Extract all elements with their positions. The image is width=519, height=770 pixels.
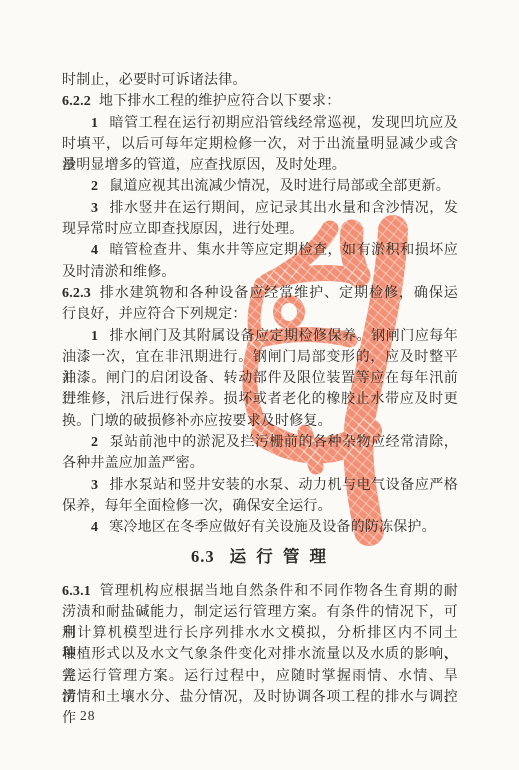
line-text: 保养，每年全面检修一次，确保安全运行。 <box>62 499 332 514</box>
plain-line: 时制止，必要时可诉诸法律。 <box>62 70 458 91</box>
clause-number: 6.3 <box>191 547 215 566</box>
clause-number: 6.2.2 <box>62 94 91 109</box>
line-text: 寒冷地区在冬季应做好有关设施及设备的防冻保护。 <box>109 520 436 535</box>
plain-line: 换。门墩的破损修补亦应按要求及时修复。 <box>62 411 458 432</box>
document-page: 时制止，必要时可诉诸法律。6.2.2地下排水工程的维护应符合以下要求：1暗管工程… <box>0 0 519 770</box>
line-text: 及时清淤和维修。 <box>62 265 176 280</box>
plain-line: 涝情和土壤水分、盐分情况，及时协调各项工程的排水与调控作 <box>62 687 458 708</box>
clause-number: 3 <box>91 201 98 216</box>
line-text: 管理机构应根据当地自然条件和不同作物各生育期的耐 <box>99 584 458 599</box>
item-line: 2泵站前池中的淤泥及拦污栅前的各种杂物应经常清除， <box>62 432 458 453</box>
line-text: 运 行 管 理 <box>230 547 329 566</box>
line-text: 排水建筑物和各种设备应经常维护、定期检修，确保运 <box>99 286 458 301</box>
clause-line: 6.2.3排水建筑物和各种设备应经常维护、定期检修，确保运 <box>62 283 458 304</box>
line-text: 时制止，必要时可诉诸法律。 <box>62 73 247 88</box>
plain-line: 保养，每年全面检修一次，确保安全运行。 <box>62 496 458 517</box>
line-text: 地下排水工程的维护应符合以下要求： <box>99 94 340 109</box>
plain-line: 量明显增多的管道，应查找原因，及时处理。 <box>62 155 458 176</box>
clause-number: 4 <box>91 520 98 535</box>
item-line: 1暗管工程在运行初期应沿管线经常巡视，发现凹坑应及 <box>62 113 458 134</box>
plain-line: 现异常时应立即查找原因，进行处理。 <box>62 219 458 240</box>
item-line: 3排水泵站和竖井安装的水泵、动力机与电气设备应严格 <box>62 475 458 496</box>
section-heading: 6.3运 行 管 理 <box>62 544 458 570</box>
item-line: 4暗管检查井、集水井等应定期检查，如有淤积和损坏应 <box>62 240 458 261</box>
clause-line: 6.2.2地下排水工程的维护应符合以下要求： <box>62 91 458 112</box>
plain-line: 行良好，并应符合下列规定： <box>62 304 458 325</box>
line-text: 行良好，并应符合下列规定： <box>62 307 247 322</box>
clause-number: 1 <box>91 116 98 131</box>
clause-number: 2 <box>91 435 98 450</box>
clause-number: 3 <box>91 478 98 493</box>
plain-line: 油漆。闸门的启闭设备、转动部件及限位装置等应在每年汛前进 <box>62 368 458 389</box>
line-text: 各种井盖应加盖严密。 <box>62 456 204 471</box>
clause-number: 6.2.3 <box>62 286 91 301</box>
plain-line: 涝渍和耐盐碱能力，制定运行管理方案。有条件的情况下，可利 <box>62 602 458 623</box>
line-text: 暗管检查井、集水井等应定期检查，如有淤积和损坏应 <box>109 243 458 258</box>
line-text: 换。门墩的破损修补亦应按要求及时修复。 <box>62 414 332 429</box>
line-text: 暗管工程在运行初期应沿管线经常巡视，发现凹坑应及 <box>109 116 458 131</box>
clause-number: 6.3.1 <box>62 584 91 599</box>
line-text: 鼠道应视其出流减少情况，及时进行局部或全部更新。 <box>109 179 450 194</box>
plain-line: 时填平，以后可每年定期检修一次，对于出流量明显减少或含沙 <box>62 134 458 155</box>
clause-number: 1 <box>91 329 98 344</box>
line-text: 现异常时应立即查找原因，进行处理。 <box>62 222 303 237</box>
line-text: 排水闸门及其附属设备应定期检修保养。钢闸门应每年 <box>109 329 458 344</box>
line-text: 排水泵站和竖井安装的水泵、动力机与电气设备应严格 <box>109 478 458 493</box>
plain-line: 油漆一次，宜在非汛期进行。钢闸门局部变形的，应及时整平并 <box>62 347 458 368</box>
plain-line: 善运行管理方案。运行过程中，应随时掌握雨情、水情、旱情、 <box>62 666 458 687</box>
line-text: 量明显增多的管道，应查找原因，及时处理。 <box>62 158 346 173</box>
plain-line: 行维修，汛后进行保养。损坏或者老化的橡胶止水带应及时更 <box>62 389 458 410</box>
plain-line: 各种井盖应加盖严密。 <box>62 453 458 474</box>
plain-line: 种植形式以及水文气象条件变化对排水流量以及水质的影响，完 <box>62 644 458 665</box>
clause-line: 6.3.1管理机构应根据当地自然条件和不同作物各生育期的耐 <box>62 581 458 602</box>
item-line: 2鼠道应视其出流减少情况，及时进行局部或全部更新。 <box>62 176 458 197</box>
line-text: 涝情和土壤水分、盐分情况，及时协调各项工程的排水与调控作 <box>62 690 458 726</box>
line-text: 行维修，汛后进行保养。损坏或者老化的橡胶止水带应及时更 <box>62 392 458 407</box>
clause-number: 4 <box>91 243 98 258</box>
item-line: 1排水闸门及其附属设备应定期检修保养。钢闸门应每年 <box>62 326 458 347</box>
plain-line: 及时清淤和维修。 <box>62 262 458 283</box>
line-text: 排水竖井在运行期间，应记录其出水量和含沙情况，发 <box>109 201 458 216</box>
plain-line: 用计算机模型进行长序列排水水文模拟，分析排区内不同土壤、 <box>62 623 458 644</box>
item-line: 4寒冷地区在冬季应做好有关设施及设备的防冻保护。 <box>62 517 458 538</box>
clause-number: 2 <box>91 179 98 194</box>
line-text: 泵站前池中的淤泥及拦污栅前的各种杂物应经常清除， <box>109 435 458 450</box>
text-block: 时制止，必要时可诉诸法律。6.2.2地下排水工程的维护应符合以下要求：1暗管工程… <box>62 70 458 708</box>
page-number: 28 <box>80 708 96 724</box>
item-line: 3排水竖井在运行期间，应记录其出水量和含沙情况，发 <box>62 198 458 219</box>
